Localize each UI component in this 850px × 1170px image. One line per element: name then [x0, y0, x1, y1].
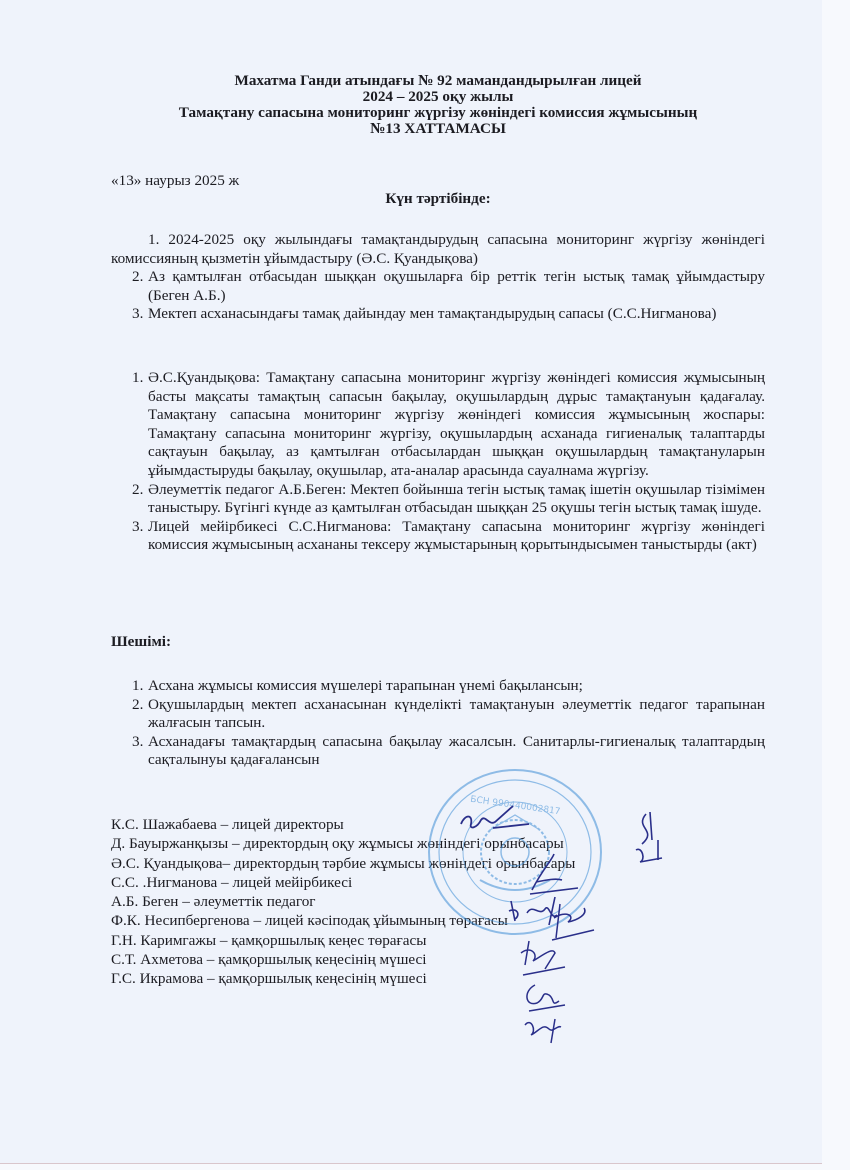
commission-title: Тамақтану сапасына мониторинг жүргізу жө… [111, 105, 765, 121]
stamp-bin: БСН 990440002817 [470, 795, 561, 818]
protocol-date: «13» наурыз 2025 ж [111, 172, 239, 191]
item-number: 1. [132, 369, 143, 388]
item-text: Оқушылардың мектеп асханасынан күнделікт… [148, 696, 765, 732]
signatory-row: Ф.К. Несипбергенова – лицей кәсіподақ ұй… [111, 911, 671, 930]
item-number: 3. [132, 733, 143, 752]
signatory-row: К.С. Шажабаева – лицей директоры [111, 815, 671, 834]
decision-item: 1. Асхана жұмысы комиссия мүшелері тарап… [111, 677, 765, 696]
discussion-item: 1. Ә.С.Қуандықова: Тамақтану сапасына мо… [111, 369, 765, 481]
item-text: Аз қамтылған отбасыдан шыққан оқушыларға… [148, 268, 765, 304]
document-header: Махатма Ганди атындағы № 92 мамандандыры… [111, 73, 765, 137]
decision-item: 2. Оқушылардың мектеп асханасынан күндел… [111, 696, 765, 733]
protocol-number: №13 ХАТТАМАСЫ [111, 121, 765, 137]
discussion-list: 1. Ә.С.Қуандықова: Тамақтану сапасына мо… [111, 369, 765, 555]
item-number: 1. [148, 231, 159, 248]
item-number: 2. [132, 481, 143, 500]
discussion-item: 3. Лицей мейірбикесі С.С.Нигманова: Тама… [111, 518, 765, 555]
item-text: Ә.С.Қуандықова: Тамақтану сапасына монит… [148, 369, 765, 479]
agenda-item: 3. Мектеп асханасындағы тамақ дайындау м… [111, 305, 765, 324]
signatory-row: Д. Бауыржанқызы – директордың оқу жұмысы… [111, 834, 671, 853]
academic-year: 2024 – 2025 оқу жылы [111, 89, 765, 105]
signatory-row: Г.Н. Каримгажы – қамқоршылық кеңес төрағ… [111, 931, 671, 950]
decision-title: Шешімі: [111, 633, 171, 652]
signatory-row: Ә.С. Қуандықова– директордың тәрбие жұмы… [111, 854, 671, 873]
item-number: 3. [132, 305, 143, 324]
item-text: Асхана жұмысы комиссия мүшелері тарапына… [148, 677, 583, 694]
signatory-row: С.С. .Нигманова – лицей мейірбикесі [111, 873, 671, 892]
item-number: 2. [132, 696, 143, 715]
item-number: 3. [132, 518, 143, 537]
signatory-row: С.Т. Ахметова – қамқоршылық кеңесінің мү… [111, 950, 671, 969]
agenda-item: 1. 2024-2025 оқу жылындағы тамақтандыруд… [111, 231, 765, 268]
item-text: Мектеп асханасындағы тамақ дайындау мен … [148, 305, 716, 322]
item-number: 2. [132, 268, 143, 287]
discussion-item: 2. Әлеуметтік педагог А.Б.Беген: Мектеп … [111, 481, 765, 518]
item-number: 1. [132, 677, 143, 696]
decision-list: 1. Асхана жұмысы комиссия мүшелері тарап… [111, 677, 765, 770]
agenda-item: 2. Аз қамтылған отбасыдан шыққан оқушыла… [111, 268, 765, 305]
signatories-list: К.С. Шажабаева – лицей директоры Д. Бауы… [111, 815, 671, 989]
item-text: 2024-2025 оқу жылындағы тамақтандырудың … [111, 231, 765, 267]
signatory-row: А.Б. Беген – әлеуметтік педагог [111, 892, 671, 911]
agenda-title: Күн тәртібінде: [111, 190, 765, 209]
item-text: Әлеуметтік педагог А.Б.Беген: Мектеп бой… [148, 481, 765, 517]
signatory-row: Г.С. Икрамова – қамқоршылық кеңесінің мү… [111, 969, 671, 988]
school-name: Махатма Ганди атындағы № 92 мамандандыры… [111, 73, 765, 89]
item-text: Асханадағы тамақтардың сапасына бақылау … [148, 733, 765, 769]
decision-item: 3. Асханадағы тамақтардың сапасына бақыл… [111, 733, 765, 770]
item-text: Лицей мейірбикесі С.С.Нигманова: Тамақта… [148, 518, 765, 554]
document-page: Махатма Ганди атындағы № 92 мамандандыры… [0, 0, 822, 1164]
agenda-list: 1. 2024-2025 оқу жылындағы тамақтандыруд… [111, 231, 765, 324]
